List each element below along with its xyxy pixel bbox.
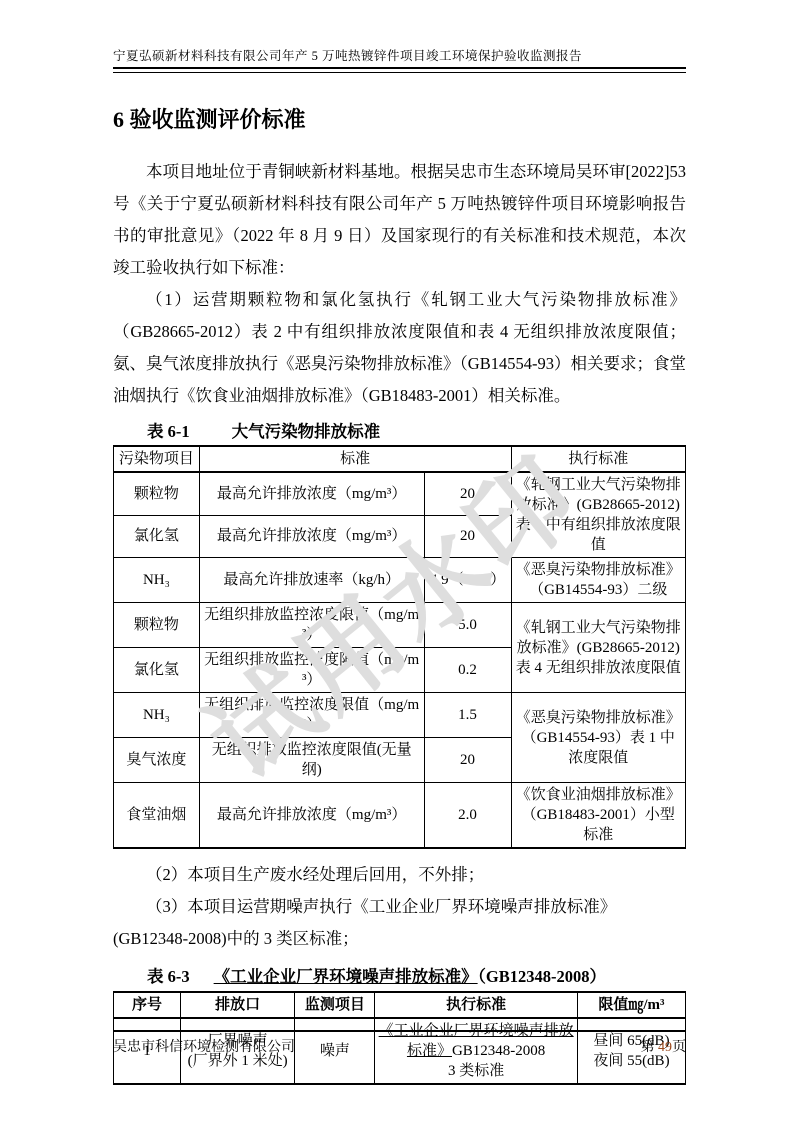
table-row-header: 序号 排放口 监测项目 执行标准 限值㎎/m³ bbox=[114, 992, 686, 1018]
cell-pollutant: NH₃ bbox=[114, 558, 200, 603]
report-page: 宁夏弘硕新材料科技有限公司年产 5 万吨热镀锌件项目竣工环境保护验收监测报告 6… bbox=[0, 0, 793, 1122]
table-row: 食堂油烟 最高允许排放浓度（mg/m³） 2.0 《饮食业油烟排放标准》（GB1… bbox=[114, 783, 686, 849]
cell-standard-item: 最高允许排放浓度（mg/m³） bbox=[199, 783, 424, 849]
footer-page-suffix: 页 bbox=[672, 1040, 686, 1055]
cell-pollutant: 颗粒物 bbox=[114, 603, 200, 648]
col-header-pollutant: 污染物项目 bbox=[114, 446, 200, 472]
exec-standard-class: 3 类标准 bbox=[378, 1061, 573, 1081]
section-heading: 6 验收监测评价标准 bbox=[113, 103, 686, 134]
cell-exec-standard: 《轧钢工业大气污染物排放标准》(GB28665-2012)表 2 中有组织排放浓… bbox=[511, 472, 685, 558]
cell-pollutant: 氯化氢 bbox=[114, 515, 200, 557]
col-header-monitor-item: 监测项目 bbox=[295, 992, 375, 1018]
footer-company-name: 吴忠市科信环境检测有限公司 bbox=[113, 1036, 295, 1056]
col-header-limit: 限值㎎/m³ bbox=[577, 992, 685, 1018]
paragraph-item-3-line2: (GB12348-2008)中的 3 类区标准； bbox=[113, 923, 686, 955]
cell-limit-value: 20 bbox=[424, 738, 511, 783]
footer-page-indicator: 第 49页 bbox=[641, 1036, 687, 1056]
cell-limit-value: 2.0 bbox=[424, 783, 511, 849]
table-row: 颗粒物 无组织排放监控浓度限值（mg/m³） 5.0 《轧钢工业大气污染物排放标… bbox=[114, 603, 686, 648]
page-content: 宁夏弘硕新材料科技有限公司年产 5 万吨热镀锌件项目竣工环境保护验收监测报告 6… bbox=[0, 0, 793, 1085]
cell-pollutant: 颗粒物 bbox=[114, 472, 200, 515]
table-row: NH₃ 最高允许排放速率（kg/h） 4.9（15m） 《恶臭污染物排放标准》（… bbox=[114, 558, 686, 603]
paragraph-intro: 本项目地址位于青铜峡新材料基地。根据吴忠市生态环境局吴环审[2022]53号《关… bbox=[113, 156, 686, 284]
cell-limit-value: 20 bbox=[424, 515, 511, 557]
table-6-3-caption-code: （GB12348-2008） bbox=[478, 967, 606, 986]
footer-page-prefix: 第 bbox=[641, 1040, 659, 1055]
cell-pollutant: 臭气浓度 bbox=[114, 738, 200, 783]
cell-exec-standard: 《恶臭污染物排放标准》（GB14554-93）表 1 中浓度限值 bbox=[511, 693, 685, 783]
table-6-3-caption-book-title: 《工业企业厂界环境噪声排放标准》 bbox=[214, 967, 478, 986]
table-6-1-caption: 表 6-1大气污染物排放标准 bbox=[113, 418, 686, 442]
cell-pollutant: 氯化氢 bbox=[114, 648, 200, 693]
paragraph-item-2: （2）本项目生产废水经处理后回用，不外排； bbox=[113, 859, 686, 891]
cell-exec-standard: 《饮食业油烟排放标准》（GB18483-2001）小型标准 bbox=[511, 783, 685, 849]
page-header-title: 宁夏弘硕新材料科技有限公司年产 5 万吨热镀锌件项目竣工环境保护验收监测报告 bbox=[113, 46, 686, 64]
cell-limit-value: 0.2 bbox=[424, 648, 511, 693]
table-6-3-caption: 表 6-3《工业企业厂界环境噪声排放标准》（GB12348-2008） bbox=[113, 963, 686, 987]
col-header-exec-standard: 执行标准 bbox=[511, 446, 685, 472]
cell-standard-item: 最高允许排放浓度（mg/m³） bbox=[199, 515, 424, 557]
cell-standard-item: 无组织排放监控浓度限值（mg/m³） bbox=[199, 603, 424, 648]
page-footer: 吴忠市科信环境检测有限公司 第 49页 bbox=[113, 1030, 686, 1056]
cell-pollutant: NH₃ bbox=[114, 693, 200, 738]
paragraph-item-3-line1: （3）本项目运营期噪声执行《工业企业厂界环境噪声排放标准》 bbox=[113, 891, 686, 923]
cell-standard-item: 最高允许排放速率（kg/h） bbox=[199, 558, 424, 603]
cell-limit-value: 1.5 bbox=[424, 693, 511, 738]
cell-limit-value: 4.9（15m） bbox=[424, 558, 511, 603]
cell-standard-item: 最高允许排放浓度（mg/m³） bbox=[199, 472, 424, 515]
cell-exec-standard: 《恶臭污染物排放标准》（GB14554-93）二级 bbox=[511, 558, 685, 603]
col-header-exec-standard: 执行标准 bbox=[375, 992, 577, 1018]
header-divider bbox=[113, 67, 686, 73]
col-header-standard: 标准 bbox=[199, 446, 511, 472]
table-row: NH₃ 无组织排放监控浓度限值（mg/m³） 1.5 《恶臭污染物排放标准》（G… bbox=[114, 693, 686, 738]
table-6-3-caption-label: 表 6-3 bbox=[147, 967, 190, 986]
col-header-outlet: 排放口 bbox=[180, 992, 294, 1018]
cell-limit-value: 5.0 bbox=[424, 603, 511, 648]
table-6-1-caption-title: 大气污染物排放标准 bbox=[232, 422, 381, 441]
cell-standard-item: 无组织排放监控浓度限值（mg/m³） bbox=[199, 648, 424, 693]
table-air-emission-standards: 污染物项目 标准 执行标准 颗粒物 最高允许排放浓度（mg/m³） 20 《轧钢… bbox=[113, 445, 686, 849]
table-row: 颗粒物 最高允许排放浓度（mg/m³） 20 《轧钢工业大气污染物排放标准》(G… bbox=[114, 472, 686, 515]
table-row-header: 污染物项目 标准 执行标准 bbox=[114, 446, 686, 472]
col-header-no: 序号 bbox=[114, 992, 181, 1018]
table-6-1-caption-label: 表 6-1 bbox=[147, 422, 190, 441]
cell-standard-item: 无组织排放监控浓度限值(无量纲) bbox=[199, 738, 424, 783]
cell-exec-standard: 《轧钢工业大气污染物排放标准》(GB28665-2012)表 4 无组织排放浓度… bbox=[511, 603, 685, 693]
cell-standard-item: 无组织排放监控浓度限值（mg/m³） bbox=[199, 693, 424, 738]
cell-pollutant: 食堂油烟 bbox=[114, 783, 200, 849]
footer-page-number: 49 bbox=[658, 1040, 672, 1055]
cell-limit-value: 20 bbox=[424, 472, 511, 515]
paragraph-item-1: （1）运营期颗粒物和氯化氢执行《轧钢工业大气污染物排放标准》（GB28665-2… bbox=[113, 284, 686, 412]
